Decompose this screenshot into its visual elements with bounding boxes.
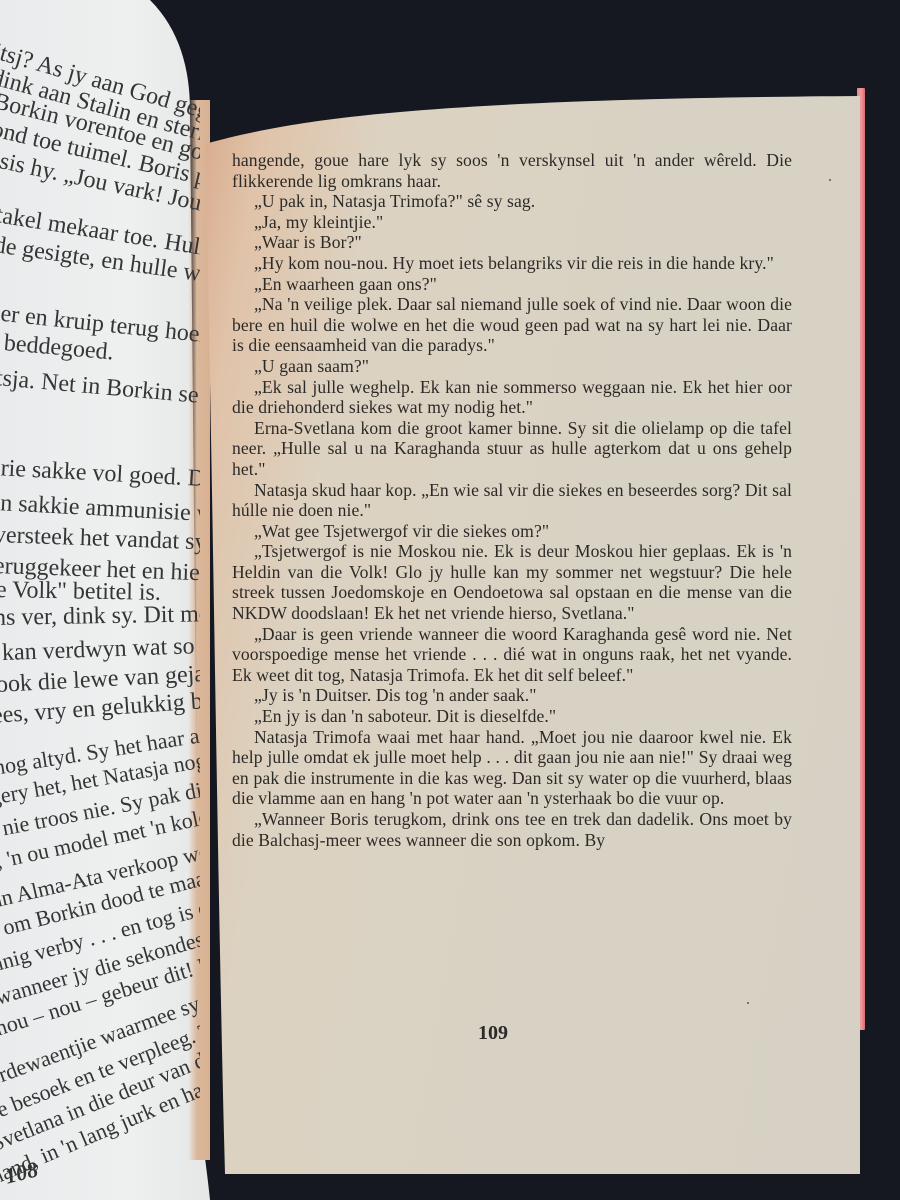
paragraph: „Jy is 'n Duitser. Dis tog 'n ander saak…: [232, 685, 792, 706]
paragraph: „Na 'n veilige plek. Daar sal niemand ju…: [232, 294, 792, 356]
paragraph: Natasja skud haar kop. „En wie sal vir d…: [232, 480, 792, 521]
paragraph: „Daar is geen vriende wanneer die woord …: [232, 624, 792, 686]
paragraph: „Ja, my kleintjie.": [232, 212, 792, 233]
paragraph: „U gaan saam?": [232, 356, 792, 377]
paper-speck: [829, 179, 831, 181]
paragraph: hangende, goue hare lyk sy soos 'n versk…: [232, 150, 792, 191]
book-photo: itsj? As jy aan God geglo het, dinkdink …: [0, 0, 900, 1200]
paragraph: „Tsjetwergof is nie Moskou nie. Ek is de…: [232, 541, 792, 623]
paragraph: „Wat gee Tsjetwergof vir die siekes om?": [232, 521, 792, 542]
paragraph: Erna-Svetlana kom die groot kamer binne.…: [232, 418, 792, 480]
paragraph: „U pak in, Natasja Trimofa?" sê sy sag.: [232, 191, 792, 212]
text-line: tsja. Net in Borkin se kamer brand: [0, 365, 200, 421]
left-page-text: itsj? As jy aan God geglo het, dinkdink …: [0, 0, 200, 1200]
text-line: ns ver, dink sy. Dit moet moontlik: [0, 599, 200, 632]
paragraph: „Wanneer Boris terugkom, drink ons tee e…: [232, 809, 792, 850]
paragraph: „Waar is Bor?": [232, 232, 792, 253]
paragraph: „En waarheen gaan ons?": [232, 274, 792, 295]
paragraph: „Hy kom nou-nou. Hy moet iets belangriks…: [232, 253, 792, 274]
text-line: kan verdwyn wat so groot soos: [2, 630, 200, 667]
paragraph: „Ek sal julle weghelp. Ek kan nie sommer…: [232, 377, 792, 418]
paper-speck: [747, 1002, 749, 1004]
paragraph: „En jy is dan 'n saboteur. Dit is diesel…: [232, 706, 792, 727]
right-page-text: hangende, goue hare lyk sy soos 'n versk…: [232, 150, 792, 850]
page-number-right: 109: [478, 1022, 508, 1045]
paragraph: Natasja Trimofa waai met haar hand. „Moe…: [232, 727, 792, 809]
